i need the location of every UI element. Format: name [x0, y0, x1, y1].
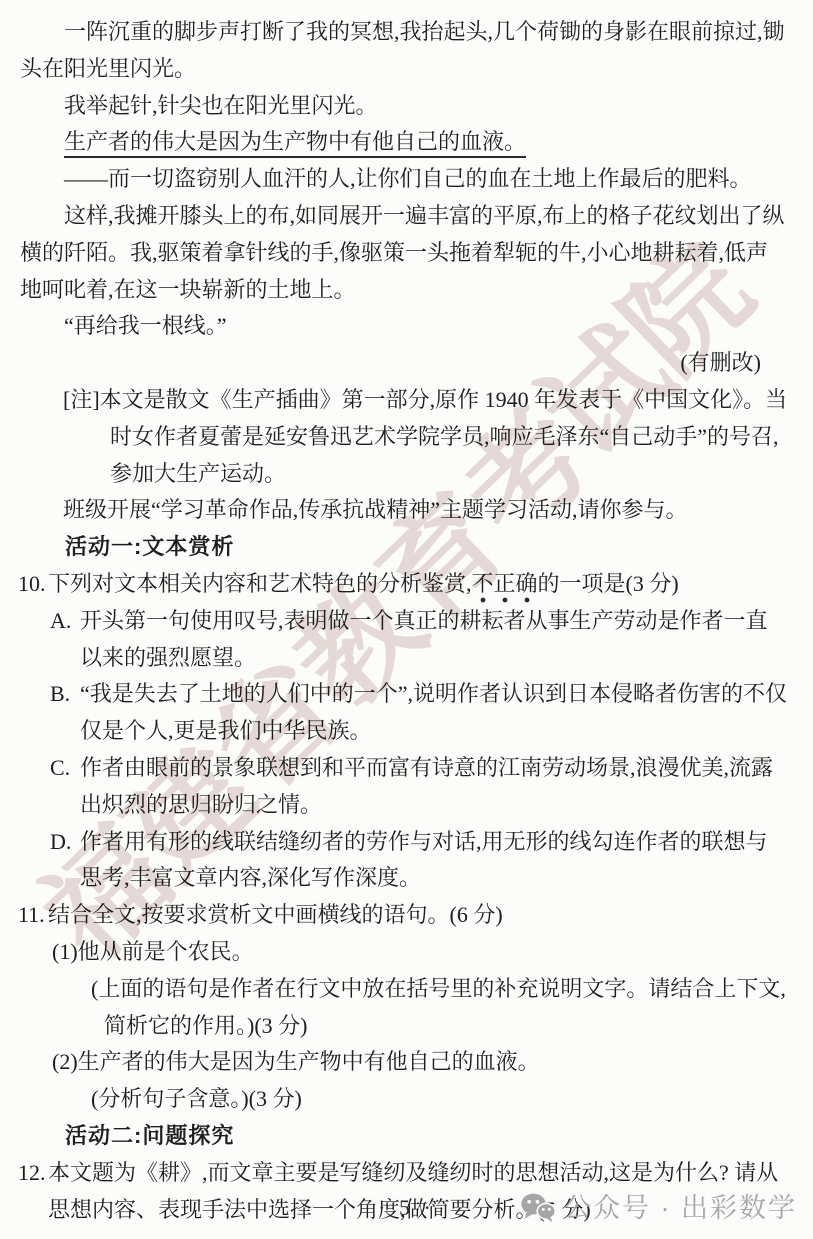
question-10: 10.下列对文本相关内容和艺术特色的分析鉴赏,不正确的一项是(3 分) — [20, 566, 789, 603]
passage-paragraph-5: 这样,我摊开膝头上的布,如同展开一遍丰富的平原,布上的格子花纹划出了纵横的阡陌。… — [20, 198, 789, 308]
wechat-label: 公众号 · 出彩数学 — [564, 1189, 797, 1227]
question-11-number: 11. — [18, 897, 45, 934]
question-11-sub-1-label: (1) — [52, 939, 78, 964]
wechat-badge: 公众号 · 出彩数学 — [520, 1189, 797, 1227]
wechat-icon — [520, 1192, 556, 1224]
activity-intro: 班级开展“学习革命作品,传承抗战精神”主题学习活动,请你参与。 — [63, 492, 789, 529]
question-12-number: 12. — [18, 1155, 46, 1192]
option-d-label: D. — [50, 824, 71, 861]
question-10-text-post: 的一项是(3 分) — [538, 571, 679, 596]
passage-paragraph-3: 生产者的伟大是因为生产物中有他自己的血液。 — [20, 124, 789, 161]
passage-attribution: (有删改) — [20, 345, 789, 382]
passage-paragraph-1: 一阵沉重的脚步声打断了我的冥想,我抬起头,几个荷锄的身影在眼前掠过,锄头在阳光里… — [20, 14, 789, 88]
passage-paragraph-6: “再给我一根线。” — [20, 308, 789, 345]
page-number: · 5 · — [378, 1187, 435, 1229]
question-11-sub-1-quote: 他从前是个农民。 — [78, 939, 254, 964]
passage-paragraph-2: 我举起针,针尖也在阳光里闪光。 — [20, 88, 789, 125]
option-a: A.开头第一句使用叹号,表明做一个真正的耕耘者从事生产劳动是作者一直以来的强烈愿… — [50, 603, 789, 677]
activity-2-heading: 活动二:问题探究 — [65, 1118, 789, 1155]
passage-paragraph-4: ——而一切盗窃别人血汗的人,让你们自己的血在土地上作最后的肥料。 — [20, 161, 789, 198]
activity-1-heading: 活动一:文本赏析 — [65, 529, 789, 566]
question-10-text-pre: 下列对文本相关内容和艺术特色的分析鉴赏, — [48, 571, 472, 596]
option-b-text: “我是失去了土地的人们中的一个”,说明作者认识到日本侵略者伤害的不仅仅是个人,更… — [80, 681, 787, 743]
option-c-text: 作者由眼前的景象联想到和平而富有诗意的江南劳动场景,浪漫优美,流露出炽烈的思归盼… — [80, 755, 773, 817]
option-a-text: 开头第一句使用叹号,表明做一个真正的耕耘者从事生产劳动是作者一直以来的强烈愿望。 — [80, 608, 768, 670]
exam-page: 一阵沉重的脚步声打断了我的冥想,我抬起头,几个荷锄的身影在眼前掠过,锄头在阳光里… — [0, 0, 813, 1239]
question-11: 11.结合全文,按要求赏析文中画横线的语句。(6 分) — [20, 897, 789, 934]
option-c: C.作者由眼前的景象联想到和平而富有诗意的江南劳动场景,浪漫优美,流露出炽烈的思… — [50, 750, 789, 824]
option-d-text: 作者用有形的线联结缝纫者的劳作与对话,用无形的线勾连作者的联想与思考,丰富文章内… — [80, 829, 768, 891]
question-11-text: 结合全文,按要求赏析文中画横线的语句。(6 分) — [48, 902, 503, 927]
option-a-label: A. — [50, 603, 71, 640]
underlined-sentence: 生产者的伟大是因为生产物中有他自己的血液。 — [64, 129, 526, 158]
question-11-sub-2-quote: 生产者的伟大是因为生产物中有他自己的血液。 — [78, 1049, 540, 1074]
question-11-sub-1: (1)他从前是个农民。 — [52, 934, 789, 971]
question-10-emphasized: 不正确 — [472, 571, 538, 604]
page-footer: · 5 · 公众号 · 出彩数学 — [0, 1187, 813, 1229]
question-10-number: 10. — [18, 566, 46, 603]
option-c-label: C. — [50, 750, 70, 787]
option-d: D.作者用有形的线联结缝纫者的劳作与对话,用无形的线勾连作者的联想与思考,丰富文… — [50, 824, 789, 898]
question-11-sub-2-label: (2) — [52, 1049, 78, 1074]
question-11-sub-1-note: (上面的语句是作者在行文中放在括号里的补充说明文字。请结合上下文,简析它的作用。… — [52, 971, 789, 1045]
question-11-sub-2: (2)生产者的伟大是因为生产物中有他自己的血液。 — [52, 1044, 789, 1081]
option-b: B.“我是失去了土地的人们中的一个”,说明作者认识到日本侵略者伤害的不仅仅是个人… — [50, 676, 789, 750]
passage-note: [注]本文是散文《生产插曲》第一部分,原作 1940 年发表于《中国文化》。当时… — [63, 382, 789, 492]
question-11-sub-2-note: (分析句子含意。)(3 分) — [52, 1081, 789, 1118]
option-b-label: B. — [50, 676, 70, 713]
